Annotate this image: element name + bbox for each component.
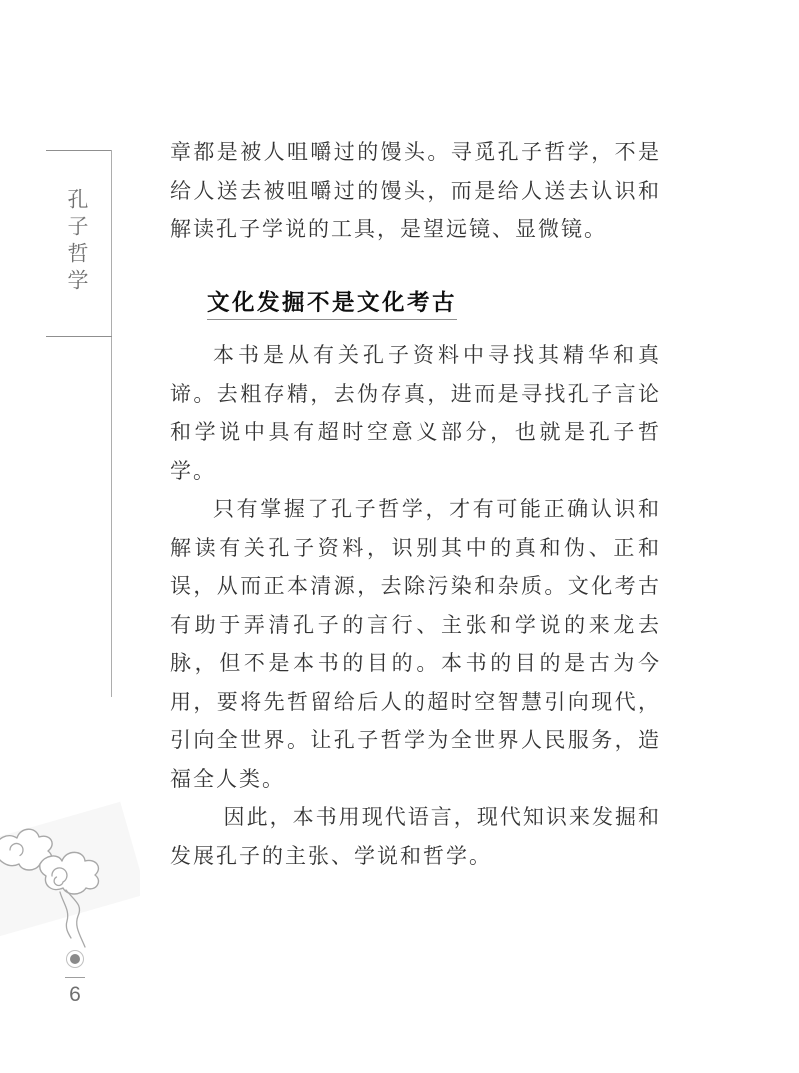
book-page: 孔子哲学 章都是被人咀嚼过的馒头。寻觅孔子哲学，不是给人送去被咀嚼过的馒头，而是… [0, 0, 799, 1073]
page-marker-icon [66, 950, 84, 968]
section-heading: 文化发掘不是文化考古 [207, 284, 661, 321]
spine-vertical-rule [111, 150, 112, 697]
paragraph: 只有掌握了孔子哲学，才有可能正确认识和解读有关孔子资料，识别其中的真和伪、正和误… [170, 490, 661, 798]
page-marker-dot-icon [70, 954, 80, 964]
paragraph: 因此，本书用现代语言，现代知识来发掘和发展孔子的主张、学说和哲学。 [170, 798, 661, 875]
spine-bottom-rule [46, 336, 112, 337]
paragraph: 本书是从有关孔子资料中寻找其精华和真谛。去粗存精，去伪存真，进而是寻找孔子言论和… [170, 336, 661, 490]
cloud-ornament-icon [0, 800, 140, 965]
spine-title: 孔子哲学 [62, 188, 92, 296]
page-number: 6 [55, 983, 95, 1007]
section-heading-text: 文化发掘不是文化考古 [207, 292, 457, 321]
spine-top-rule [46, 150, 112, 151]
paragraph-continued: 章都是被人咀嚼过的馒头。寻觅孔子哲学，不是给人送去被咀嚼过的馒头，而是给人送去认… [170, 133, 661, 249]
page-number-divider [65, 977, 85, 978]
page-body-text: 章都是被人咀嚼过的馒头。寻觅孔子哲学，不是给人送去被咀嚼过的馒头，而是给人送去认… [170, 133, 661, 875]
